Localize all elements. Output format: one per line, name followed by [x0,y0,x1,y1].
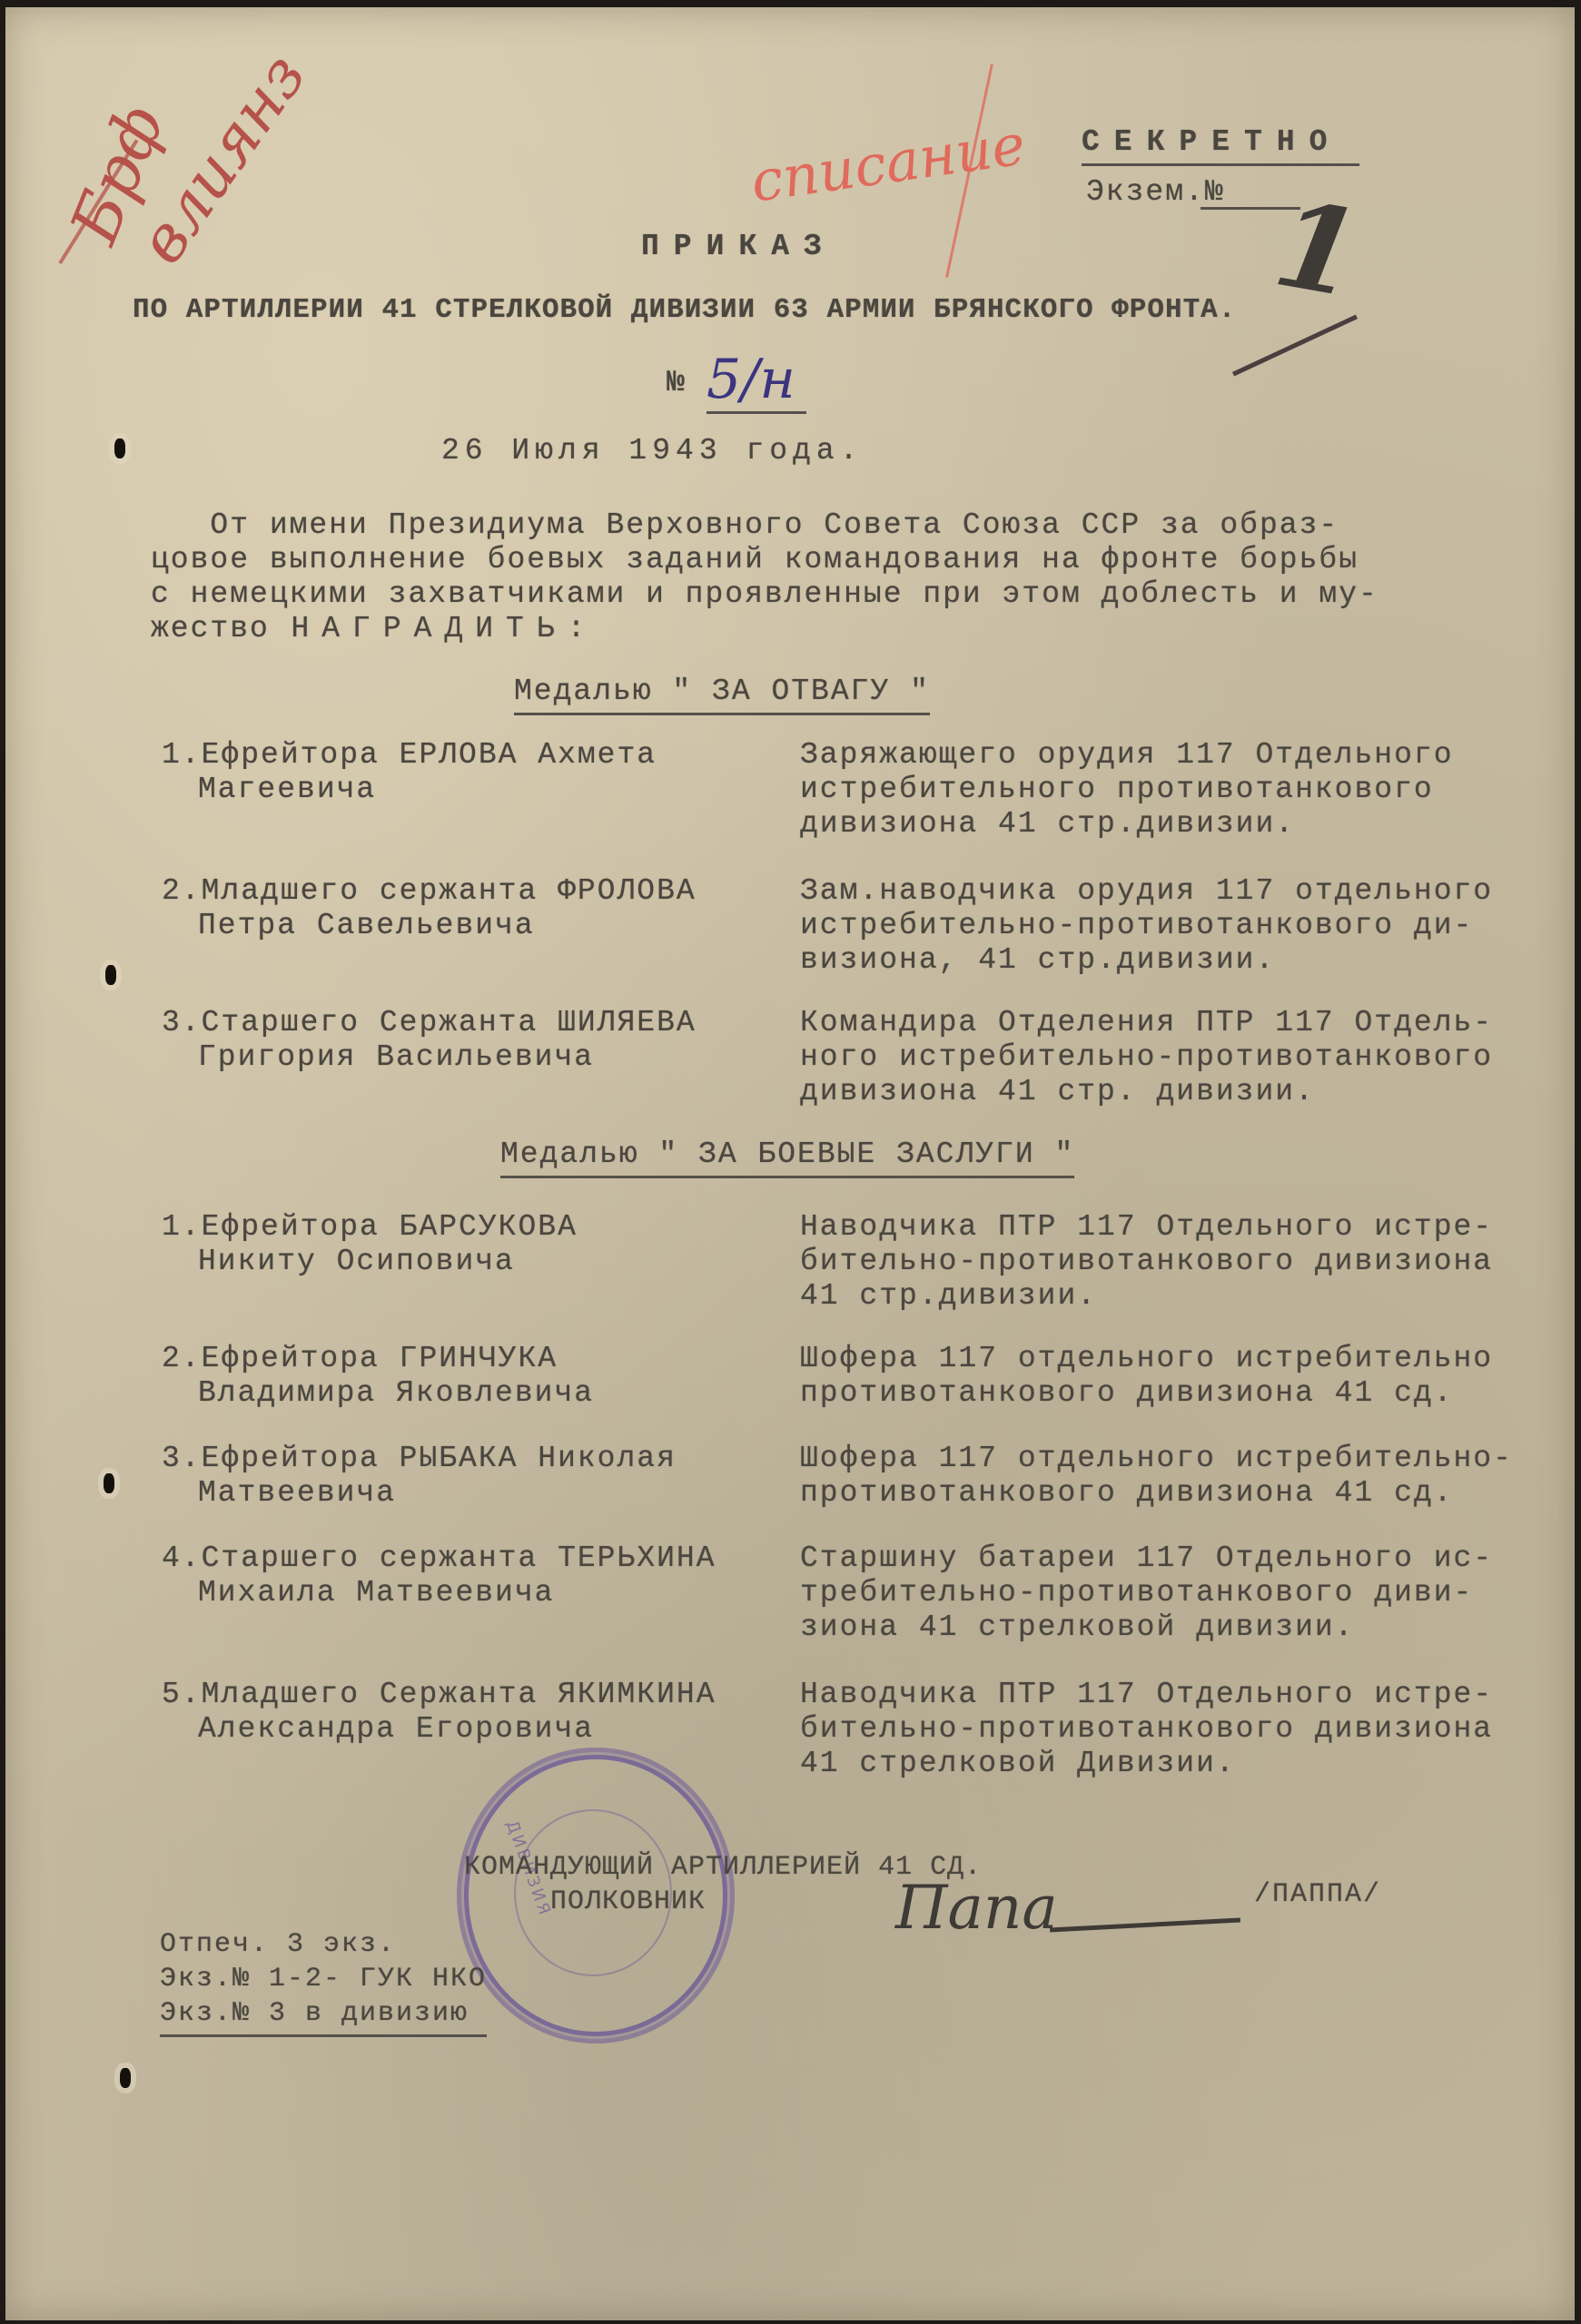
recipient-position: Наводчика ПТР 117 Отдельного истре- [800,1210,1493,1245]
recipient-name: 3.Старшего Сержанта ШИЛЯЕВА [162,1006,697,1040]
distribution-list: Отпеч. 3 экз. Экз.№ 1-2- ГУК НКО Экз.№ 3… [160,1927,487,2037]
copy-number: 1 [1265,173,1370,324]
recipient-position: бительно-противотанкового дивизиона [800,1712,1493,1747]
recipient-patronymic: Александра Егоровича [162,1712,716,1747]
signatory-name: /ПАППА/ [1254,1877,1381,1912]
recipient-position: зиона 41 стрелковой дивизии. [800,1610,1493,1645]
recipient-name: 5.Младшего Сержанта ЯКИМКИНА [162,1678,716,1712]
distribution-line: Экз.№ 1-2- ГУК НКО [160,1962,487,1996]
recipient-position: дивизиона 41 стр. дивизии. [800,1075,1493,1109]
recipient-name: 3.Ефрейтора РЫБАКА Николая [162,1442,677,1476]
recipient-position: истребительно-противотанкового ди- [800,909,1493,943]
recipient-name: 1.Ефрейтора БАРСУКОВА [162,1210,578,1245]
order-number-label: № [667,366,687,400]
recipient-patronymic: Петра Савельевича [162,909,697,943]
classification-label: СЕКРЕТНО [1082,125,1359,166]
recipient-position: визиона, 41 стр.дивизии. [800,943,1493,978]
recipient-position: истребительного противотанкового [800,773,1454,807]
recipient-position: Наводчика ПТР 117 Отдельного истре- [800,1678,1493,1712]
recipient-position: Старшину батареи 117 Отдельного ис- [800,1541,1493,1576]
signatory-rank: ПОЛКОВНИК [550,1885,706,1919]
recipient-patronymic: Михаила Матвеевича [162,1576,716,1610]
recipient-name: 2.Младшего сержанта ФРОЛОВА [162,874,697,909]
document-subtitle: ПО АРТИЛЛЕРИИ 41 СТРЕЛКОВОЙ ДИВИЗИИ 63 А… [133,293,1236,328]
section-heading-za-boevye-zaslugi: Медалью " ЗА БОЕВЫЕ ЗАСЛУГИ " [500,1137,1074,1178]
recipient-position: ного истребительно-противотанкового [800,1040,1493,1075]
punch-hole [120,2068,131,2088]
section-heading-za-otvagu: Медалью " ЗА ОТВАГУ " [514,675,930,715]
punch-hole [114,438,125,458]
copy-number-flourish [1232,315,1358,377]
recipient-patronymic: Владимира Яковлевича [162,1376,594,1411]
recipient-patronymic: Матвеевича [162,1476,677,1511]
punch-hole [105,965,116,985]
recipient-name: 1.Ефрейтора ЕРЛОВА Ахмета [162,738,657,773]
recipient-position: Шофера 117 отдельного истребительно- [800,1442,1513,1476]
recipient-patronymic: Магеевича [162,773,657,807]
recipient-position: 41 стр.дивизии. [800,1279,1493,1314]
recipient-position: дивизиона 41 стр.дивизии. [800,807,1454,842]
recipient-position: Заряжающего орудия 117 Отдельного [800,738,1454,773]
order-date: 26 Июля 1943 года. [441,434,863,468]
signature-flourish [1050,1918,1240,1933]
distribution-line: Отпеч. 3 экз. [160,1927,487,1962]
document-title: ПРИКАЗ [641,230,836,264]
recipient-position: 41 стрелковой Дивизии. [800,1747,1493,1781]
preamble-line: с немецкими захватчиками и проявленные п… [151,577,1378,612]
recipient-patronymic: Григория Васильевича [162,1040,697,1075]
recipient-name: 2.Ефрейтора ГРИНЧУКА [162,1342,594,1376]
copy-label: Экзем.№ [1086,175,1225,210]
recipient-position: противотанкового дивизиона 41 сд. [800,1376,1493,1411]
distribution-line: Экз.№ 3 в дивизию [160,1996,487,2037]
handwritten-signature: Папа [895,1873,1058,1943]
recipient-position: бительно-противотанкового дивизиона [800,1245,1493,1279]
preamble-line: От имени Президиума Верховного Совета Со… [151,508,1378,543]
preamble: От имени Президиума Верховного Совета Со… [151,508,1378,646]
recipient-position: противотанкового дивизиона 41 сд. [800,1476,1513,1511]
preamble-line: цовое выполнение боевых заданий командов… [151,543,1378,577]
punch-hole [104,1473,114,1493]
recipient-position: Шофера 117 отдельного истребительно [800,1342,1493,1376]
recipient-position: Зам.наводчика орудия 117 отдельного [800,874,1493,909]
order-number: 5/н [707,348,806,414]
handwritten-note-red-ink: списание [746,111,1029,215]
preamble-line: жество [151,612,270,646]
recipient-position: Командира Отделения ПТР 117 Отдель- [800,1006,1493,1040]
recipient-position: требительно-противотанкового диви- [800,1576,1493,1610]
document-page: Брф влиянз списание СЕКРЕТНО Экзем.№ 1 П… [5,7,1575,2320]
award-word: НАГРАДИТЬ: [291,612,598,646]
recipient-patronymic: Никиту Осиповича [162,1245,578,1279]
recipient-name: 4.Старшего сержанта ТЕРЬХИНА [162,1541,716,1576]
